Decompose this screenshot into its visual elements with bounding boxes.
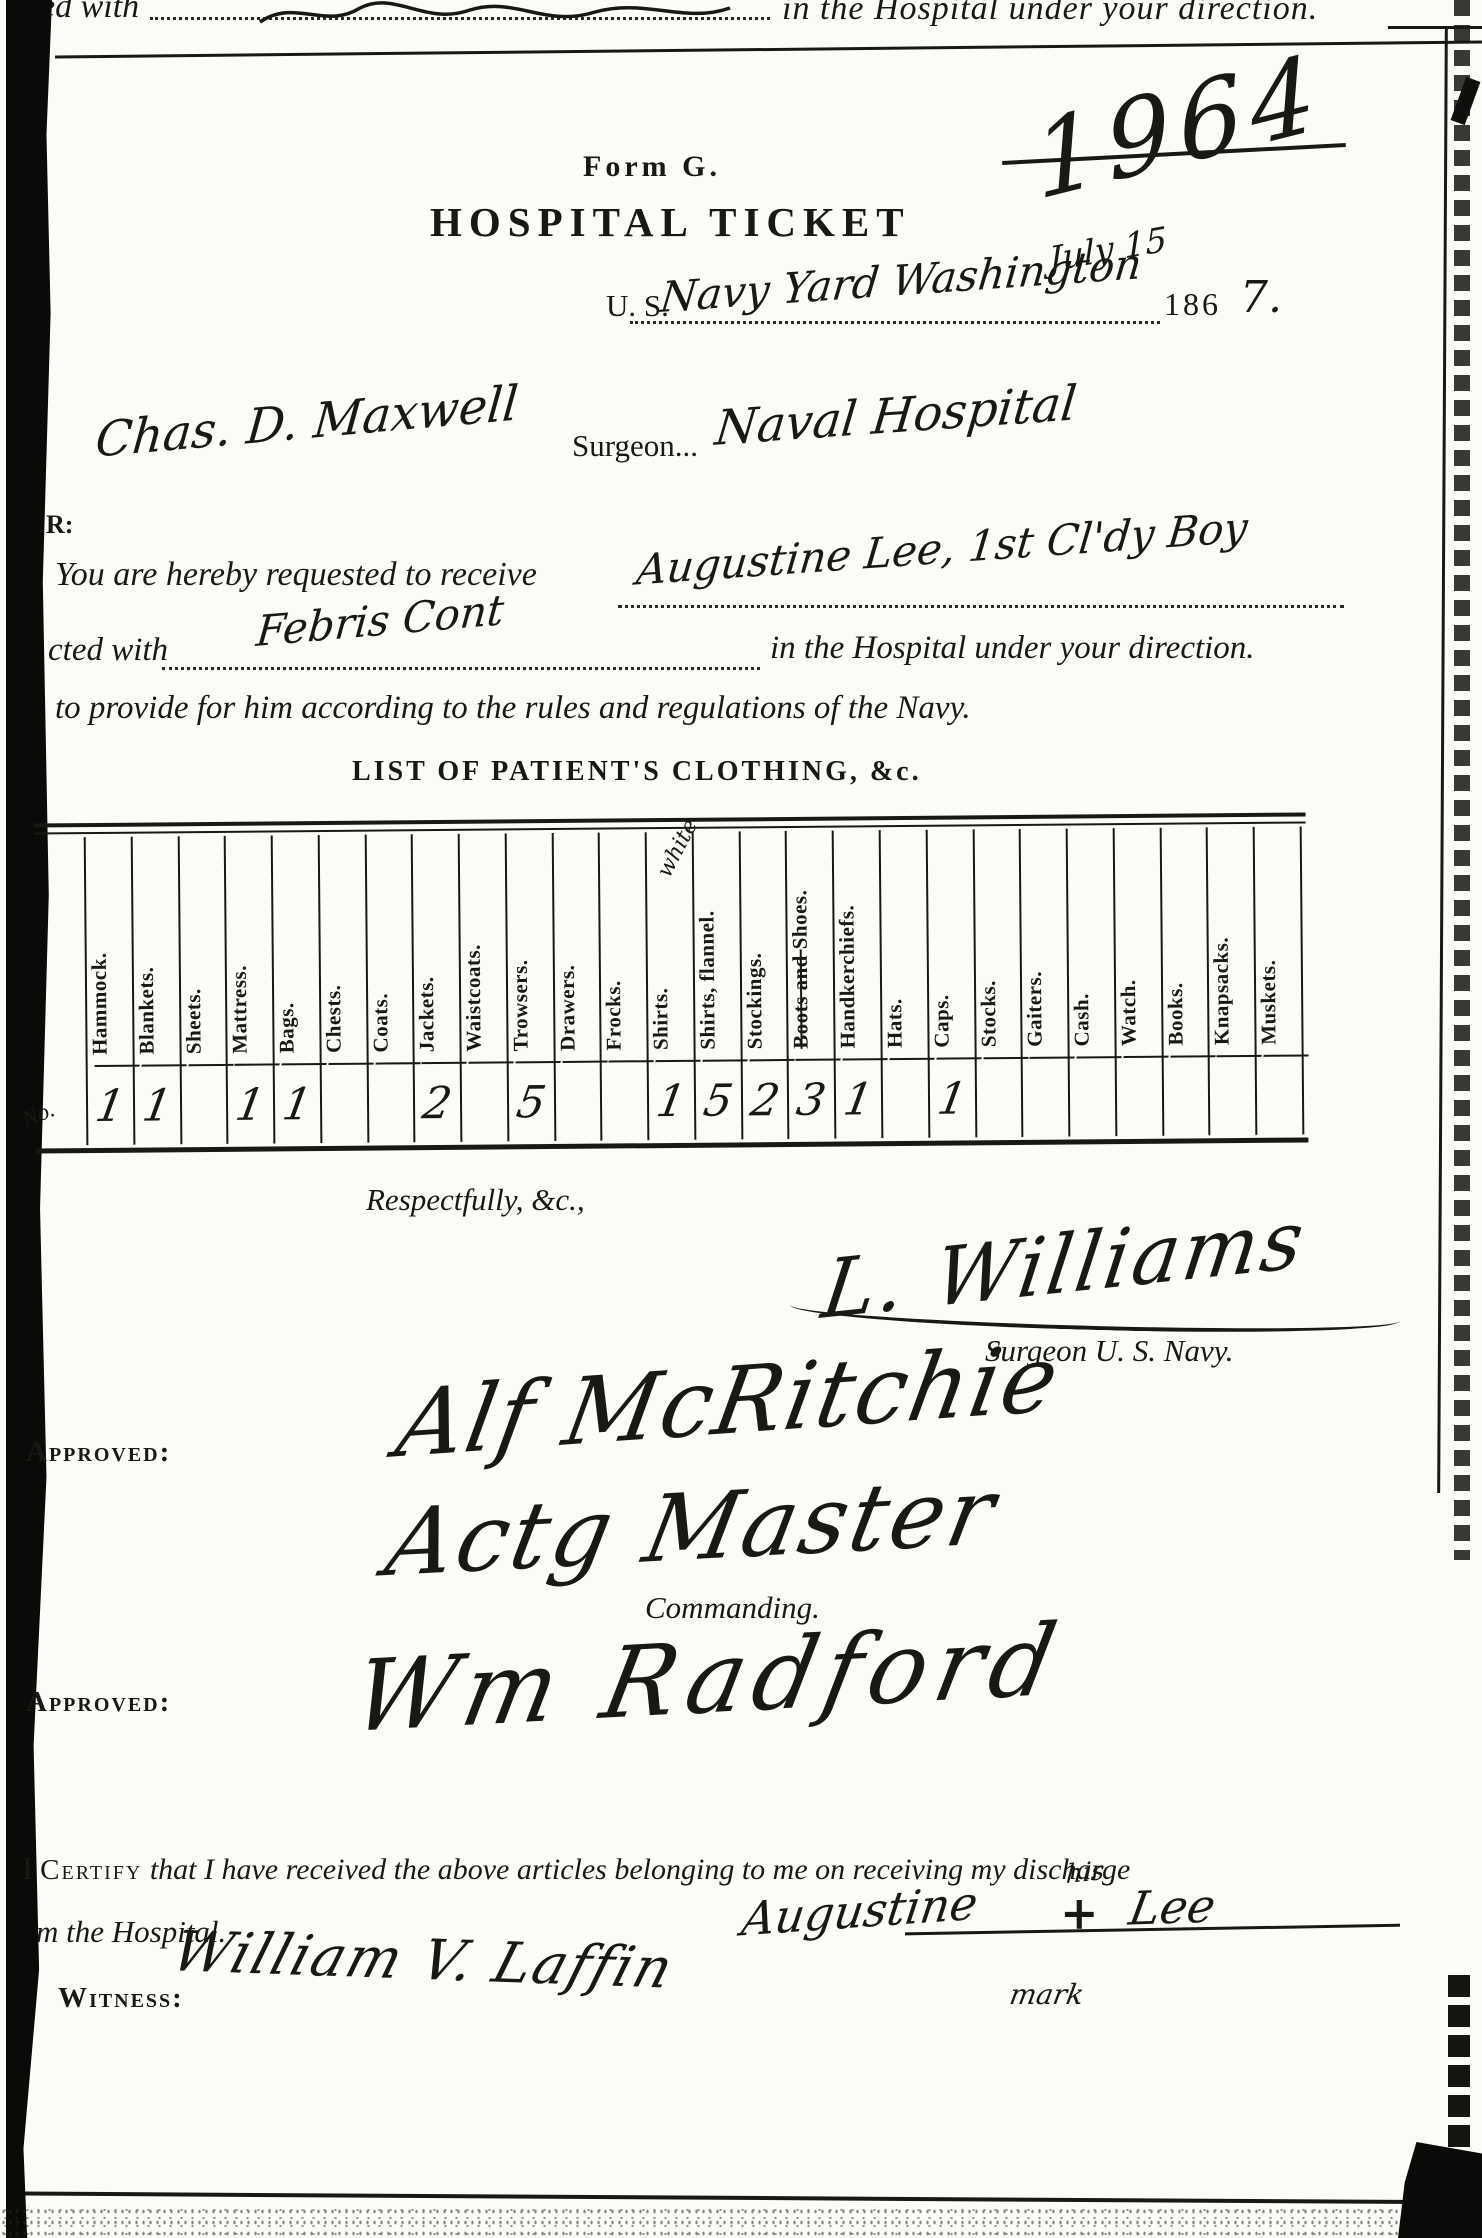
patient-name-handwritten: Augustine Lee, 1st Cl'dy Boy	[634, 502, 1250, 594]
case-number-handwritten: 1964	[1028, 30, 1329, 224]
form-label: Form G.	[583, 150, 721, 184]
date-year-printed: 186	[1164, 286, 1221, 323]
clothing-column-18: Hats.	[879, 830, 928, 1138]
station-handwritten: Naval Hospital	[712, 375, 1079, 457]
column-label: Books.	[1161, 827, 1208, 1055]
date-dotted-line	[630, 320, 1160, 324]
clothing-column-2: Blankets.1	[130, 836, 179, 1144]
top-strip-fragment-right: in the Hospital under your direction.	[782, 0, 1318, 28]
witness-label: Witness:	[58, 1982, 184, 2015]
top-strip-handwriting-squiggle	[255, 0, 735, 32]
salutation-fragment: R:	[46, 510, 73, 540]
diagnosis-dotted-line	[162, 666, 760, 670]
clothing-column-17: Handkerchiefs.1	[832, 830, 881, 1138]
column-label: Stockings.	[740, 831, 787, 1059]
clothing-column-7: Coats.	[364, 834, 413, 1142]
column-label: Watch.	[1115, 828, 1162, 1056]
clothing-column-13: Shirts.white1	[645, 832, 694, 1140]
certify-rest: that I have received the above articles …	[150, 1853, 1131, 1886]
witness-signature: William V. Laffin	[165, 1920, 682, 2002]
patient-name-dotted-line	[618, 604, 1344, 608]
table-columns: Hammock.1Blankets.1Sheets.Mattress.1Bags…	[84, 826, 1305, 1145]
column-label: Trowsers.	[507, 833, 554, 1061]
column-label: Muskets.	[1255, 827, 1302, 1055]
clothing-column-6: Chests.	[318, 835, 367, 1143]
respectfully-line: Respectfully, &c.,	[366, 1182, 585, 1218]
column-label: Cash.	[1068, 828, 1115, 1056]
clothing-column-25: Knapsacks.	[1206, 827, 1255, 1135]
approved-label-1: Approved:	[26, 1436, 171, 1469]
approved-label-2: Approved:	[26, 1686, 171, 1719]
hospital-phrase-printed: in the Hospital under your direction.	[770, 630, 1255, 667]
diagnosis-handwritten: Febris Cont	[254, 585, 506, 656]
provide-line-printed: to provide for him according to the rule…	[55, 690, 971, 727]
clothing-column-1: Hammock.1	[84, 837, 133, 1145]
clothing-column-14: Shirts, flannel.5	[692, 831, 741, 1139]
column-label: Hammock.	[86, 837, 133, 1065]
column-label: Frocks.	[600, 832, 647, 1060]
clothing-column-15: Stockings.2	[738, 831, 787, 1139]
clothing-column-24: Books.	[1159, 827, 1208, 1135]
date-year-digit-handwritten: 7.	[1240, 272, 1282, 323]
column-label: Jackets.	[413, 834, 460, 1062]
column-label: Waistcoats.	[460, 833, 507, 1061]
clothing-column-4: Mattress.1	[224, 835, 273, 1143]
column-label: Mattress.	[226, 835, 273, 1063]
column-label: Knapsacks.	[1208, 827, 1255, 1055]
clothing-table: Hammock.1Blankets.1Sheets.Mattress.1Bags…	[34, 812, 1309, 1153]
certify-word: Certify	[40, 1854, 142, 1886]
clothing-column-22: Cash.	[1066, 828, 1115, 1136]
table-top-border-outer	[34, 812, 1306, 827]
column-value-handwritten	[1250, 1054, 1308, 1135]
scan-right-edge-scratches	[1454, 0, 1470, 1560]
column-label: Coats.	[366, 834, 413, 1062]
column-label: Hats.	[881, 830, 928, 1058]
column-label: Boots and Shoes.	[787, 831, 834, 1059]
column-label: Handkerchiefs.	[834, 830, 881, 1058]
clothing-list-heading: LIST OF PATIENT'S CLOTHING, &c.	[352, 756, 922, 788]
clothing-column-21: Gaiters.	[1019, 829, 1068, 1137]
scan-bottom-noise-band	[0, 2206, 1482, 2238]
scan-right-edge-line	[1437, 28, 1448, 1493]
clothing-column-26: Muskets.	[1253, 826, 1304, 1134]
clothing-column-20: Stocks.	[972, 829, 1021, 1137]
clothing-column-16: Boots and Shoes.3	[785, 831, 834, 1139]
page-title: HOSPITAL TICKET	[430, 198, 911, 246]
scan-bottom-right-patch	[1398, 2142, 1482, 2238]
date-place-handwritten: Navy Yard Washington	[658, 239, 1144, 322]
clothing-column-23: Watch.	[1113, 828, 1162, 1136]
patient-mark-last-name: Lee	[1125, 1878, 1220, 1935]
clothing-column-8: Jackets.2	[411, 834, 460, 1142]
approver-1-signature: Alf McRitchie	[389, 1324, 1068, 1479]
column-label: Drawers.	[553, 833, 600, 1061]
surgeon-name-handwritten: Chas. D. Maxwell	[93, 375, 520, 469]
clothing-column-9: Waistcoats.	[458, 833, 507, 1141]
clothing-column-19: Caps.1	[925, 829, 974, 1137]
column-label: Caps.	[927, 829, 974, 1057]
column-label: Blankets.	[132, 836, 179, 1064]
scan-bottom-edge-line	[25, 2192, 1482, 2205]
clothing-column-3: Sheets.	[177, 836, 226, 1144]
approver-2-signature: Wm Radford	[344, 1603, 1072, 1755]
column-label: Gaiters.	[1021, 829, 1068, 1057]
scan-top-right-corner-line	[1388, 26, 1482, 29]
column-label: Chests.	[320, 835, 367, 1063]
clothing-column-11: Drawers.	[551, 833, 600, 1141]
approver-1-rank-signature: Actg Master	[378, 1457, 1006, 1597]
column-label: Sheets.	[179, 836, 226, 1064]
column-label: Stocks.	[974, 829, 1021, 1057]
clothing-column-10: Trowsers.5	[505, 833, 554, 1141]
column-label: Shirts, flannel.	[694, 831, 741, 1059]
column-label: Bags.	[273, 835, 320, 1063]
patient-mark-word: mark	[1007, 1978, 1086, 2011]
afflicted-fragment-printed: cted with	[48, 632, 168, 669]
clothing-column-5: Bags.1	[271, 835, 320, 1143]
surgeon-label-printed: Surgeon...	[572, 428, 698, 464]
clothing-column-12: Frocks.	[598, 832, 647, 1140]
hospital-ticket-scan: icted with in the Hospital under your di…	[0, 0, 1482, 2238]
patient-mark-cross: +	[1060, 1886, 1099, 1940]
certify-i: I	[22, 1850, 33, 1886]
